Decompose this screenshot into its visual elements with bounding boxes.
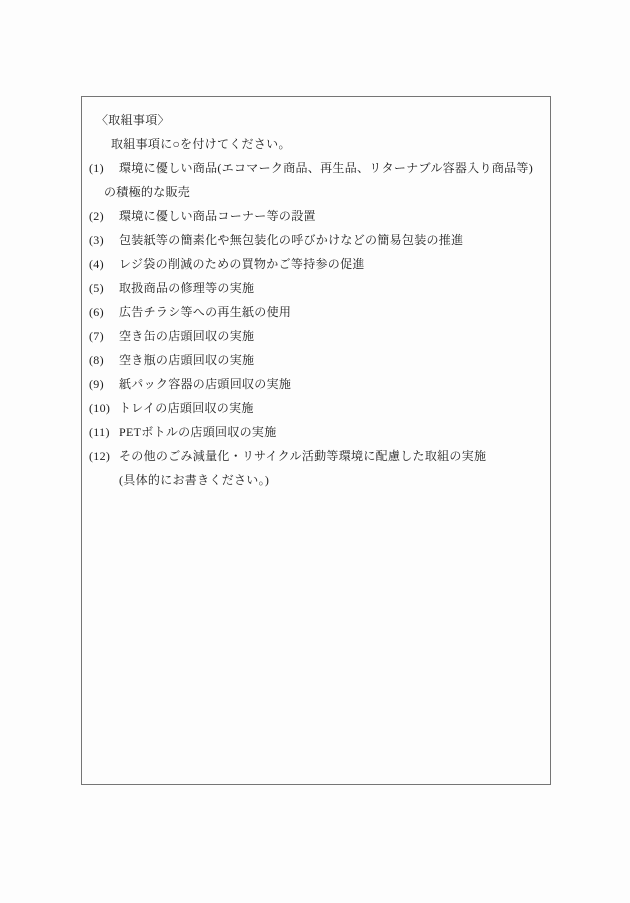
item-number: (12)	[89, 444, 119, 468]
item-text: トレイの店頭回収の実施	[119, 401, 254, 415]
item-text: 空き瓶の店頭回収の実施	[119, 353, 254, 367]
list-item: (4)レジ袋の削減のための買物かご等持参の促進	[89, 252, 540, 276]
list-item: (6)広告チラシ等への再生紙の使用	[89, 300, 540, 324]
list-item: (12)その他のごみ減量化・リサイクル活動等環境に配慮した取組の実施	[89, 444, 540, 468]
item-number: (2)	[89, 204, 119, 228]
list-item: (3)包装紙等の簡素化や無包装化の呼びかけなどの簡易包装の推進	[89, 228, 540, 252]
item-number: (7)	[89, 324, 119, 348]
item-text: 取扱商品の修理等の実施	[119, 281, 254, 295]
item-text: 環境に優しい商品コーナー等の設置	[119, 209, 316, 223]
item-text: PETボトルの店頭回収の実施	[119, 425, 277, 439]
page: { "style": { "text_color": "#1c1c1c", "b…	[0, 0, 630, 903]
item-number: (1)	[89, 156, 119, 180]
list-item: (5)取扱商品の修理等の実施	[89, 276, 540, 300]
item-text: 環境に優しい商品(エコマーク商品、再生品、リターナブル容器入り商品等)の積極的な…	[104, 161, 533, 199]
item-number: (11)	[89, 420, 119, 444]
item-number: (8)	[89, 348, 119, 372]
list-item: (7)空き缶の店頭回収の実施	[89, 324, 540, 348]
document-box: 〈取組事項〉 取組事項に○を付けてください。 (1)環境に優しい商品(エコマーク…	[81, 96, 551, 785]
instruction-text: 取組事項に○を付けてください。	[111, 132, 540, 156]
item-text: 紙パック容器の店頭回収の実施	[119, 377, 291, 391]
list-item: (11)PETボトルの店頭回収の実施	[89, 420, 540, 444]
list-item: (1)環境に優しい商品(エコマーク商品、再生品、リターナブル容器入り商品等)の積…	[89, 156, 540, 204]
item-number: (9)	[89, 372, 119, 396]
list-item: (9)紙パック容器の店頭回収の実施	[89, 372, 540, 396]
list-item: (10)トレイの店頭回収の実施	[89, 396, 540, 420]
item-text: 空き缶の店頭回収の実施	[119, 329, 254, 343]
item-text: その他のごみ減量化・リサイクル活動等環境に配慮した取組の実施	[119, 449, 486, 463]
item-number: (4)	[89, 252, 119, 276]
item-text: 包装紙等の簡素化や無包装化の呼びかけなどの簡易包装の推進	[119, 233, 463, 247]
item-number: (6)	[89, 300, 119, 324]
document-title: 〈取組事項〉	[96, 108, 540, 132]
list-item: (8)空き瓶の店頭回収の実施	[89, 348, 540, 372]
item-note: (具体的にお書きください。)	[119, 468, 540, 492]
item-number: (5)	[89, 276, 119, 300]
item-number: (3)	[89, 228, 119, 252]
item-number: (10)	[89, 396, 119, 420]
list-item: (2)環境に優しい商品コーナー等の設置	[89, 204, 540, 228]
item-text: レジ袋の削減のための買物かご等持参の促進	[119, 257, 365, 271]
item-text: 広告チラシ等への再生紙の使用	[119, 305, 291, 319]
